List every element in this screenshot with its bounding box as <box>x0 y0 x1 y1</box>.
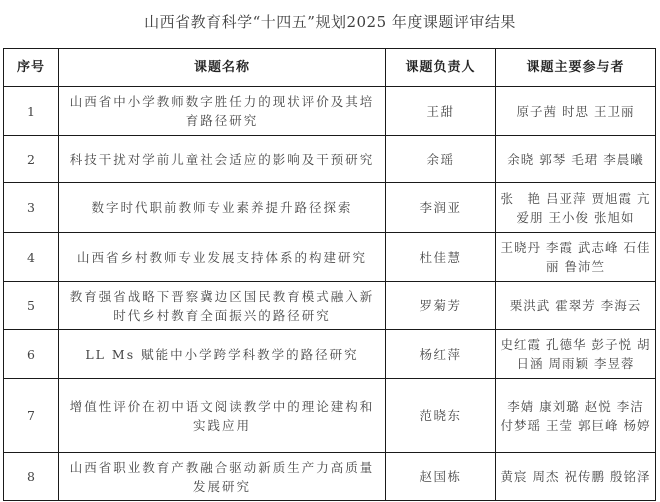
table-row: 3 数字时代职前教师专业素养提升路径探索 李润亚 张 艳 吕亚萍 贾旭霞 亢爱朋… <box>4 183 656 233</box>
cell-project-members: 原子茜 时思 王卫丽 <box>496 87 656 136</box>
cell-project-members: 王晓丹 李霞 武志峰 石佳丽 鲁沛竺 <box>496 233 656 282</box>
table-header-row: 序号 课题名称 课题负责人 课题主要参与者 <box>4 49 656 87</box>
cell-seq: 5 <box>4 282 59 330</box>
cell-seq: 1 <box>4 87 59 136</box>
cell-project-lead: 王甜 <box>386 87 496 136</box>
cell-project-members: 史红霞 孔德华 彭子悦 胡日涵 周雨颖 李昱蓉 <box>496 330 656 379</box>
cell-project-lead: 杨红萍 <box>386 330 496 379</box>
cell-project-name: 山西省中小学教师数字胜任力的现状评价及其培育路径研究 <box>59 87 386 136</box>
cell-seq: 4 <box>4 233 59 282</box>
cell-project-lead: 余瑶 <box>386 136 496 183</box>
header-project-lead: 课题负责人 <box>386 49 496 87</box>
header-seq: 序号 <box>4 49 59 87</box>
cell-seq: 8 <box>4 453 59 501</box>
cell-project-name: 数字时代职前教师专业素养提升路径探索 <box>59 183 386 233</box>
cell-project-lead: 罗菊芳 <box>386 282 496 330</box>
table-row: 1 山西省中小学教师数字胜任力的现状评价及其培育路径研究 王甜 原子茜 时思 王… <box>4 87 656 136</box>
cell-seq: 3 <box>4 183 59 233</box>
table-row: 5 教育强省战略下晋察冀边区国民教育模式融入新时代乡村教育全面振兴的路径研究 罗… <box>4 282 656 330</box>
cell-project-name: 山西省职业教育产教融合驱动新质生产力高质量发展研究 <box>59 453 386 501</box>
cell-project-lead: 范晓东 <box>386 379 496 453</box>
cell-project-name: 教育强省战略下晋察冀边区国民教育模式融入新时代乡村教育全面振兴的路径研究 <box>59 282 386 330</box>
cell-project-lead: 李润亚 <box>386 183 496 233</box>
table-row: 8 山西省职业教育产教融合驱动新质生产力高质量发展研究 赵国栋 黄宸 周杰 祝传… <box>4 453 656 501</box>
cell-project-lead: 赵国栋 <box>386 453 496 501</box>
cell-project-members: 黄宸 周杰 祝传鹏 殷铭泽 <box>496 453 656 501</box>
cell-seq: 6 <box>4 330 59 379</box>
table-row: 4 山西省乡村教师专业发展支持体系的构建研究 杜佳慧 王晓丹 李霞 武志峰 石佳… <box>4 233 656 282</box>
cell-seq: 2 <box>4 136 59 183</box>
cell-project-name: 增值性评价在初中语文阅读教学中的理论建构和实践应用 <box>59 379 386 453</box>
cell-project-members: 李婧 康刘璐 赵悦 李洁 付梦瑶 王莹 郭巨峰 杨婷 <box>496 379 656 453</box>
header-project-name: 课题名称 <box>59 49 386 87</box>
results-table: 序号 课题名称 课题负责人 课题主要参与者 1 山西省中小学教师数字胜任力的现状… <box>3 48 656 501</box>
cell-project-members: 张 艳 吕亚萍 贾旭霞 亢爱朋 王小俊 张旭如 <box>496 183 656 233</box>
cell-project-name: 山西省乡村教师专业发展支持体系的构建研究 <box>59 233 386 282</box>
header-project-members: 课题主要参与者 <box>496 49 656 87</box>
cell-project-name: 科技干扰对学前儿童社会适应的影响及干预研究 <box>59 136 386 183</box>
cell-seq: 7 <box>4 379 59 453</box>
table-row: 6 LL Ms 赋能中小学跨学科教学的路径研究 杨红萍 史红霞 孔德华 彭子悦 … <box>4 330 656 379</box>
document-title: 山西省教育科学“十四五”规划2025 年度课题评审结果 <box>0 12 660 32</box>
table-row: 2 科技干扰对学前儿童社会适应的影响及干预研究 余瑶 余晓 郭琴 毛珺 李晨曦 <box>4 136 656 183</box>
table-row: 7 增值性评价在初中语文阅读教学中的理论建构和实践应用 范晓东 李婧 康刘璐 赵… <box>4 379 656 453</box>
cell-project-members: 余晓 郭琴 毛珺 李晨曦 <box>496 136 656 183</box>
cell-project-name: LL Ms 赋能中小学跨学科教学的路径研究 <box>59 330 386 379</box>
cell-project-lead: 杜佳慧 <box>386 233 496 282</box>
cell-project-members: 栗洪武 霍翠芳 李海云 <box>496 282 656 330</box>
